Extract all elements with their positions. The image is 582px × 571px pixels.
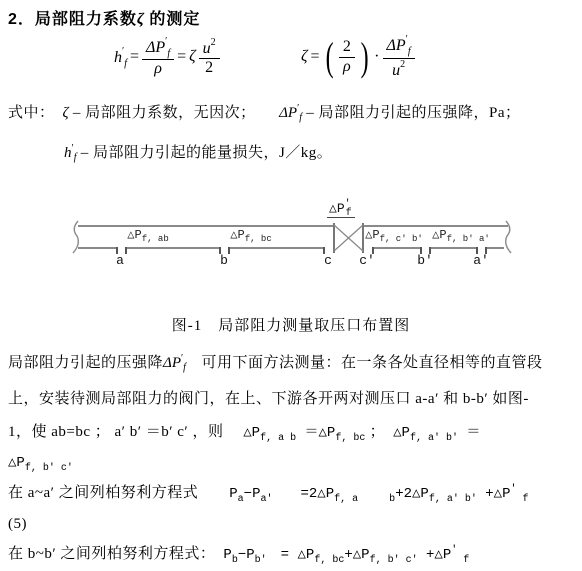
prime-mark: ′ xyxy=(165,36,167,47)
text-segment: 局部阻力引起的压强降 xyxy=(8,355,163,371)
valve-label-underline xyxy=(327,217,355,218)
exponent-2: 2 xyxy=(211,37,216,48)
delta-p-text: △P xyxy=(365,228,379,242)
text-segment: 式中： xyxy=(8,105,63,121)
paragraph-line-4: △Pf, b′ c′ xyxy=(8,453,73,474)
paragraph-line-1: 局部阻力引起的压强降ΔP′f 可用下面方法测量：在一条各处直径相等的直管段 xyxy=(8,351,542,373)
point-label-c: c xyxy=(324,253,332,268)
text-segment: b′ xyxy=(255,555,267,566)
denominator-2: 2 xyxy=(205,59,213,77)
text-segment: h xyxy=(64,145,72,161)
right-paren: ) xyxy=(361,41,369,73)
fraction-2-rho: 2 ρ xyxy=(339,38,355,76)
point-label-b-prime: b′ xyxy=(417,253,433,268)
text-segment: △P xyxy=(353,547,370,563)
text-segment: f, a xyxy=(334,494,358,505)
text-segment: △P xyxy=(8,455,25,471)
text-segment: + xyxy=(418,547,435,563)
dot-operator: · xyxy=(374,48,379,66)
text-segment: f xyxy=(457,555,469,566)
var-delta-p: ΔP xyxy=(387,37,406,54)
hf-definition-line: h′f – 局部阻力引起的能量损失，J／kg。 xyxy=(64,141,332,163)
point-label-c-prime: c′ xyxy=(359,253,375,268)
text-segment: P xyxy=(229,486,237,502)
fraction-dp-rho: ΔP′f ρ xyxy=(142,36,174,79)
equation-number: (5) xyxy=(8,515,27,533)
pipe-bottom-segment xyxy=(228,247,324,249)
pressure-tap-layout-diagram: △P′f △Pf, ab △Pf, bc △Pf, c′ b′ △Pf, b′ … xyxy=(70,198,515,272)
pipe-top-wall-left xyxy=(78,225,333,227)
var-zeta: ζ xyxy=(189,48,195,66)
pipe-bottom-segment xyxy=(429,247,477,249)
subscript-f: f xyxy=(408,46,411,57)
text-segment: f xyxy=(517,494,529,505)
text-segment: – 局部阻力引起的能量损失，J／kg。 xyxy=(76,145,332,161)
subscript: f, bc xyxy=(245,234,272,244)
point-label-a: a xyxy=(116,253,124,268)
text-segment: △P xyxy=(243,425,260,441)
text-segment: f, a′ b′ xyxy=(410,433,458,444)
text-segment: (5) xyxy=(8,516,27,532)
text-segment: + xyxy=(477,486,494,502)
fraction-u2-2: u2 2 xyxy=(199,37,220,78)
text-segment: 在 b~b′ 之间列柏努利方程式： xyxy=(8,546,223,562)
text-segment: ＝ xyxy=(458,425,480,441)
subscript-f: f xyxy=(124,58,127,69)
text-segment: f, b′ c′ xyxy=(370,555,418,566)
paragraph-line-2: 上，安装待测局部阻力的阀门，在上、下游各开两对测压口 a-a′ 和 b-b′ 如… xyxy=(8,387,529,408)
text-segment: 在 a~a′ 之间列柏努利方程式 xyxy=(8,485,198,501)
text-segment: a′ xyxy=(260,494,272,505)
text-segment: – 局部阻力引起的压强降，Pa； xyxy=(302,105,521,121)
exponent-2: 2 xyxy=(400,59,405,70)
text-segment: f, bc xyxy=(314,555,344,566)
text-segment: = xyxy=(267,547,298,563)
fraction-denominator: u2 xyxy=(392,59,405,80)
fraction-numerator: ΔP′f xyxy=(383,34,415,59)
valve-pressure-drop-label: △P′f xyxy=(329,199,352,219)
where-clause-line: 式中： ζ – 局部阻力系数，无因次； ΔP′f – 局部阻力引起的压强降，Pa… xyxy=(8,101,521,123)
pressure-drop-label-cb-prime: △Pf, c′ b′ xyxy=(365,227,423,244)
paragraph-line-5: 在 a~a′ 之间列柏努利方程式 Pa−Pa′ =2△Pf, a b+2△Pf,… xyxy=(8,481,529,505)
point-label-a-prime: a′ xyxy=(473,253,489,268)
equals-sign: = xyxy=(177,48,186,66)
text-segment: – 局部阻力系数，无因次； xyxy=(69,105,280,121)
text-segment: △P xyxy=(494,486,511,502)
text-segment: + xyxy=(344,547,352,563)
text-segment: △P xyxy=(318,425,335,441)
subscript: f, b′ a′ xyxy=(447,234,490,244)
pipe-bottom-segment xyxy=(78,247,117,249)
text-segment: ＝ xyxy=(296,425,318,441)
text-segment: △P xyxy=(317,486,334,502)
var-rho: ρ xyxy=(343,58,351,76)
text-segment: ； xyxy=(365,424,393,440)
text-segment: 1，使 ab=bc ； a′ b′ ＝b′ c′ ，则 xyxy=(8,424,243,440)
var-h: h xyxy=(114,49,122,66)
text-segment: +2 xyxy=(395,486,412,502)
text-segment: =2 xyxy=(272,486,317,502)
var-u: u xyxy=(203,40,211,57)
pressure-tap-tick xyxy=(125,247,127,254)
fraction-numerator: u2 xyxy=(199,37,220,59)
equals-sign: = xyxy=(130,48,139,66)
text-segment: △P xyxy=(412,486,429,502)
paragraph-line-7: 在 b~b′ 之间列柏努利方程式： Pb−Pb′ = △Pf, bc+△Pf, … xyxy=(8,542,469,566)
text-segment: − xyxy=(238,547,246,563)
delta-p-text: △P xyxy=(329,201,345,216)
text-segment: f, b′ c′ xyxy=(25,463,73,474)
text-segment: ζ xyxy=(137,11,144,28)
pressure-drop-label-ab: △Pf, ab xyxy=(127,227,168,244)
left-paren: ( xyxy=(325,41,333,73)
valve-icon xyxy=(333,223,364,253)
var-u: u xyxy=(392,62,400,79)
section-title: 2．局部阻力系数ζ 的测定 xyxy=(8,6,200,29)
var-zeta: ζ xyxy=(301,48,307,66)
text-segment: ΔP xyxy=(279,105,297,121)
subscript-f: f xyxy=(167,48,170,59)
text-segment: ΔP xyxy=(163,355,181,371)
prime-mark: ′ xyxy=(406,34,408,45)
prime-mark: ′ xyxy=(122,46,124,57)
document-page: { "page": {"background":"#ffffff","text_… xyxy=(0,0,582,571)
var-rho: ρ xyxy=(154,60,162,78)
formula-zeta: ζ = ( 2 ρ ) · ΔP′f u2 xyxy=(301,34,415,80)
subscript: f, c′ b′ xyxy=(380,234,423,244)
text-segment: f, a′ b′ xyxy=(429,494,477,505)
numerator-2: 2 xyxy=(339,38,355,57)
formula-lhs: h′f xyxy=(114,46,127,69)
equals-sign: = xyxy=(310,48,319,66)
pipe-bottom-segment xyxy=(485,247,504,249)
delta-p-text: △P xyxy=(127,228,141,242)
pressure-drop-label-ba-prime: △Pf, b′ a′ xyxy=(432,227,490,244)
text-segment: 上，安装待测局部阻力的阀门，在上、下游各开两对测压口 a-a′ 和 b-b′ 如… xyxy=(8,391,529,407)
text-segment: △P xyxy=(393,425,410,441)
text-segment: 可用下面方法测量：在一条各处直径相等的直管段 xyxy=(186,355,543,371)
text-segment: △P xyxy=(297,547,314,563)
text-segment: P xyxy=(246,547,254,563)
delta-p-text: △P xyxy=(230,228,244,242)
paragraph-line-3: 1，使 ab=bc ； a′ b′ ＝b′ c′ ，则 △Pf, a b ＝△P… xyxy=(8,420,480,444)
formula-energy-loss: h′f = ΔP′f ρ = ζ u2 2 xyxy=(114,34,220,80)
text-segment: f, bc xyxy=(335,433,365,444)
figure-caption: 图-1 局部阻力测量取压口布置图 xyxy=(0,314,582,335)
pressure-tap-tick xyxy=(228,247,230,254)
var-delta-p: ΔP xyxy=(146,39,165,56)
text-segment: 2．局部阻力系数 xyxy=(8,11,137,28)
subscript: f, ab xyxy=(142,234,169,244)
text-segment: P xyxy=(223,547,231,563)
fraction-numerator: ΔP′f xyxy=(142,36,174,61)
pipe-bottom-segment xyxy=(125,247,220,249)
delta-p-text: △P xyxy=(432,228,446,242)
fraction-dp-u2: ΔP′f u2 xyxy=(383,34,415,80)
point-label-b: b xyxy=(220,253,228,268)
text-segment xyxy=(198,485,229,501)
pipe-bottom-segment xyxy=(372,247,421,249)
text-segment: − xyxy=(244,486,252,502)
text-segment: f, a b xyxy=(260,433,296,444)
text-segment: 的测定 xyxy=(144,11,200,28)
text-segment xyxy=(358,485,389,501)
text-segment: △P xyxy=(434,547,451,563)
pressure-drop-label-bc: △Pf, bc xyxy=(230,227,271,244)
